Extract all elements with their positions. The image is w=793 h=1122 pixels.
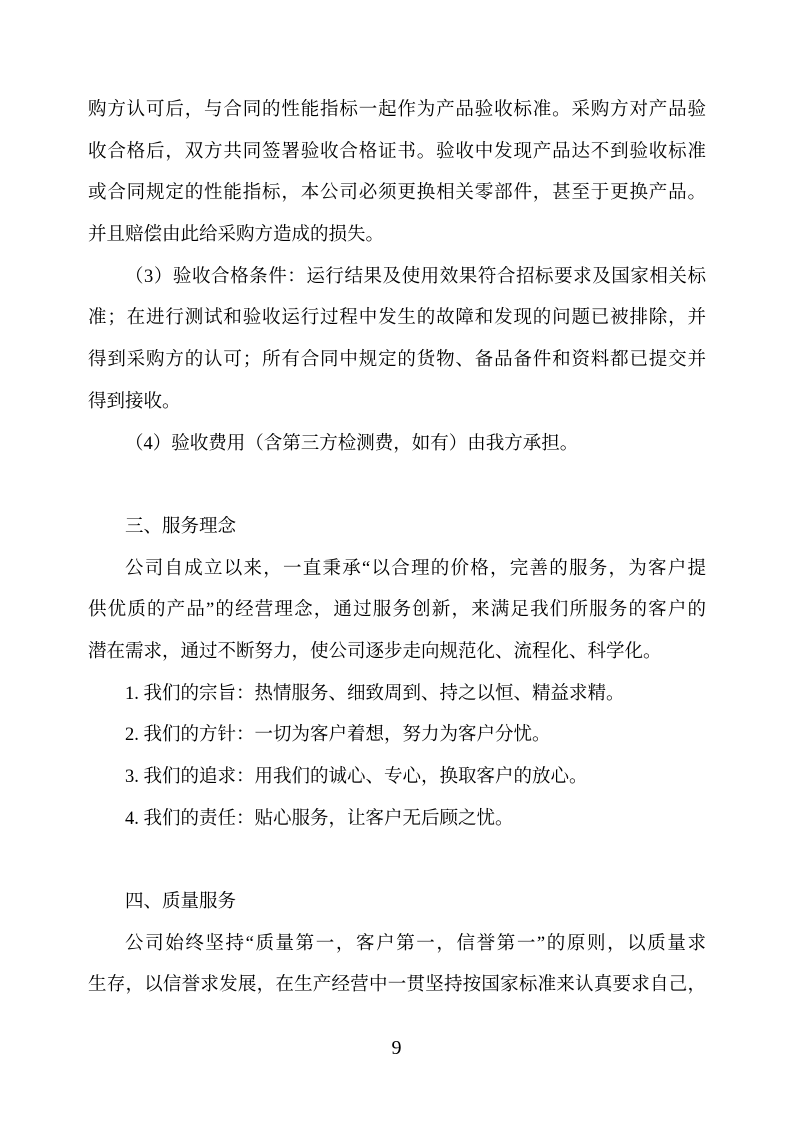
- text-line: 四、质量服务: [88, 882, 706, 924]
- blank-line: [88, 840, 706, 882]
- text-line: 或合同规定的性能指标，本公司必须更换相关零部件，甚至于更换产品。: [88, 173, 706, 215]
- text-line: 得到接收。: [88, 382, 706, 424]
- text-line: [88, 465, 706, 507]
- text-line: （3）验收合格条件：运行结果及使用效果符合招标要求及国家相关标: [88, 257, 706, 299]
- list-item-responsibility: 4. 我们的责任：贴心服务，让客户无后顾之忧。: [88, 799, 706, 841]
- paragraph-acceptance-standard-continued: 购方认可后，与合同的性能指标一起作为产品验收标准。采购方对产品验收合格后，双方共…: [88, 90, 706, 257]
- text-line: 3. 我们的追求：用我们的诚心、专心，换取客户的放心。: [88, 757, 706, 799]
- text-line: 2. 我们的方针：一切为客户着想，努力为客户分忧。: [88, 715, 706, 757]
- page-number: 9: [0, 1038, 793, 1058]
- paragraph-acceptance-conditions: （3）验收合格条件：运行结果及使用效果符合招标要求及国家相关标准；在进行测试和验…: [88, 257, 706, 424]
- text-line: （4）验收费用（含第三方检测费，如有）由我方承担。: [88, 424, 706, 466]
- document-page: 购方认可后，与合同的性能指标一起作为产品验收标准。采购方对产品验收合格后，双方共…: [0, 0, 793, 1122]
- list-item-policy: 2. 我们的方针：一切为客户着想，努力为客户分忧。: [88, 715, 706, 757]
- list-item-pursuit: 3. 我们的追求：用我们的诚心、专心，换取客户的放心。: [88, 757, 706, 799]
- text-line: 生存，以信誉求发展，在生产经营中一贯坚持按国家标准来认真要求自己，: [88, 965, 706, 1007]
- text-line: 得到采购方的认可；所有合同中规定的货物、备品备件和资料都已提交并: [88, 340, 706, 382]
- text-line: 购方认可后，与合同的性能指标一起作为产品验收标准。采购方对产品验: [88, 90, 706, 132]
- text-line: [88, 840, 706, 882]
- text-line: 公司始终坚持“质量第一，客户第一，信誉第一”的原则，以质量求: [88, 924, 706, 966]
- text-line: 收合格后，双方共同签署验收合格证书。验收中发现产品达不到验收标准: [88, 132, 706, 174]
- text-line: 准；在进行测试和验收运行过程中发生的故障和发现的问题已被排除，并: [88, 298, 706, 340]
- heading-quality-service: 四、质量服务: [88, 882, 706, 924]
- heading-service-philosophy: 三、服务理念: [88, 507, 706, 549]
- paragraph-service-philosophy: 公司自成立以来，一直秉承“以合理的价格，完善的服务，为客户提供优质的产品”的经营…: [88, 549, 706, 674]
- paragraph-quality-service: 公司始终坚持“质量第一，客户第一，信誉第一”的原则，以质量求生存，以信誉求发展，…: [88, 924, 706, 1007]
- document-body: 购方认可后，与合同的性能指标一起作为产品验收标准。采购方对产品验收合格后，双方共…: [88, 90, 706, 1007]
- text-line: 潜在需求，通过不断努力，使公司逐步走向规范化、流程化、科学化。: [88, 632, 706, 674]
- text-line: 4. 我们的责任：贴心服务，让客户无后顾之忧。: [88, 799, 706, 841]
- text-line: 供优质的产品”的经营理念，通过服务创新，来满足我们所服务的客户的: [88, 590, 706, 632]
- text-line: 公司自成立以来，一直秉承“以合理的价格，完善的服务，为客户提: [88, 549, 706, 591]
- blank-line: [88, 465, 706, 507]
- list-item-purpose: 1. 我们的宗旨：热情服务、细致周到、持之以恒、精益求精。: [88, 674, 706, 716]
- paragraph-acceptance-fee: （4）验收费用（含第三方检测费，如有）由我方承担。: [88, 424, 706, 466]
- text-line: 三、服务理念: [88, 507, 706, 549]
- text-line: 1. 我们的宗旨：热情服务、细致周到、持之以恒、精益求精。: [88, 674, 706, 716]
- text-line: 并且赔偿由此给采购方造成的损失。: [88, 215, 706, 257]
